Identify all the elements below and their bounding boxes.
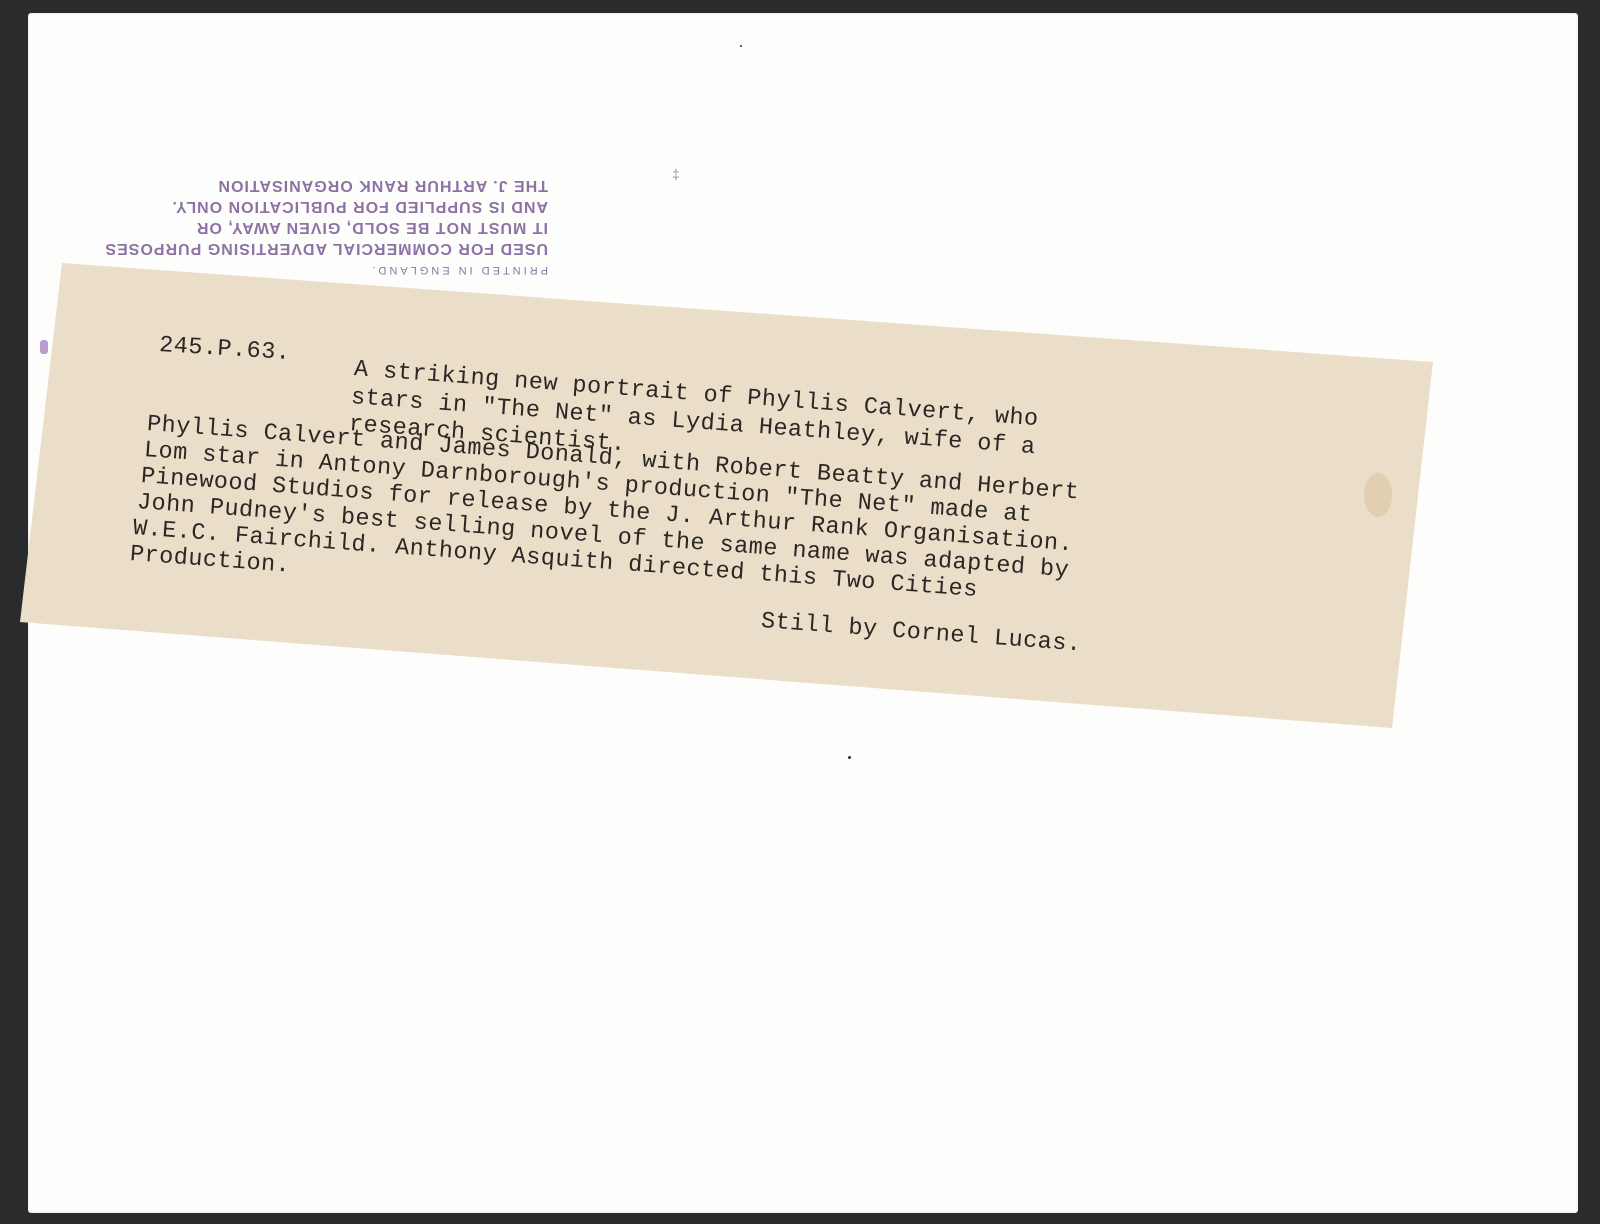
speck xyxy=(848,756,851,759)
speck xyxy=(740,45,742,47)
